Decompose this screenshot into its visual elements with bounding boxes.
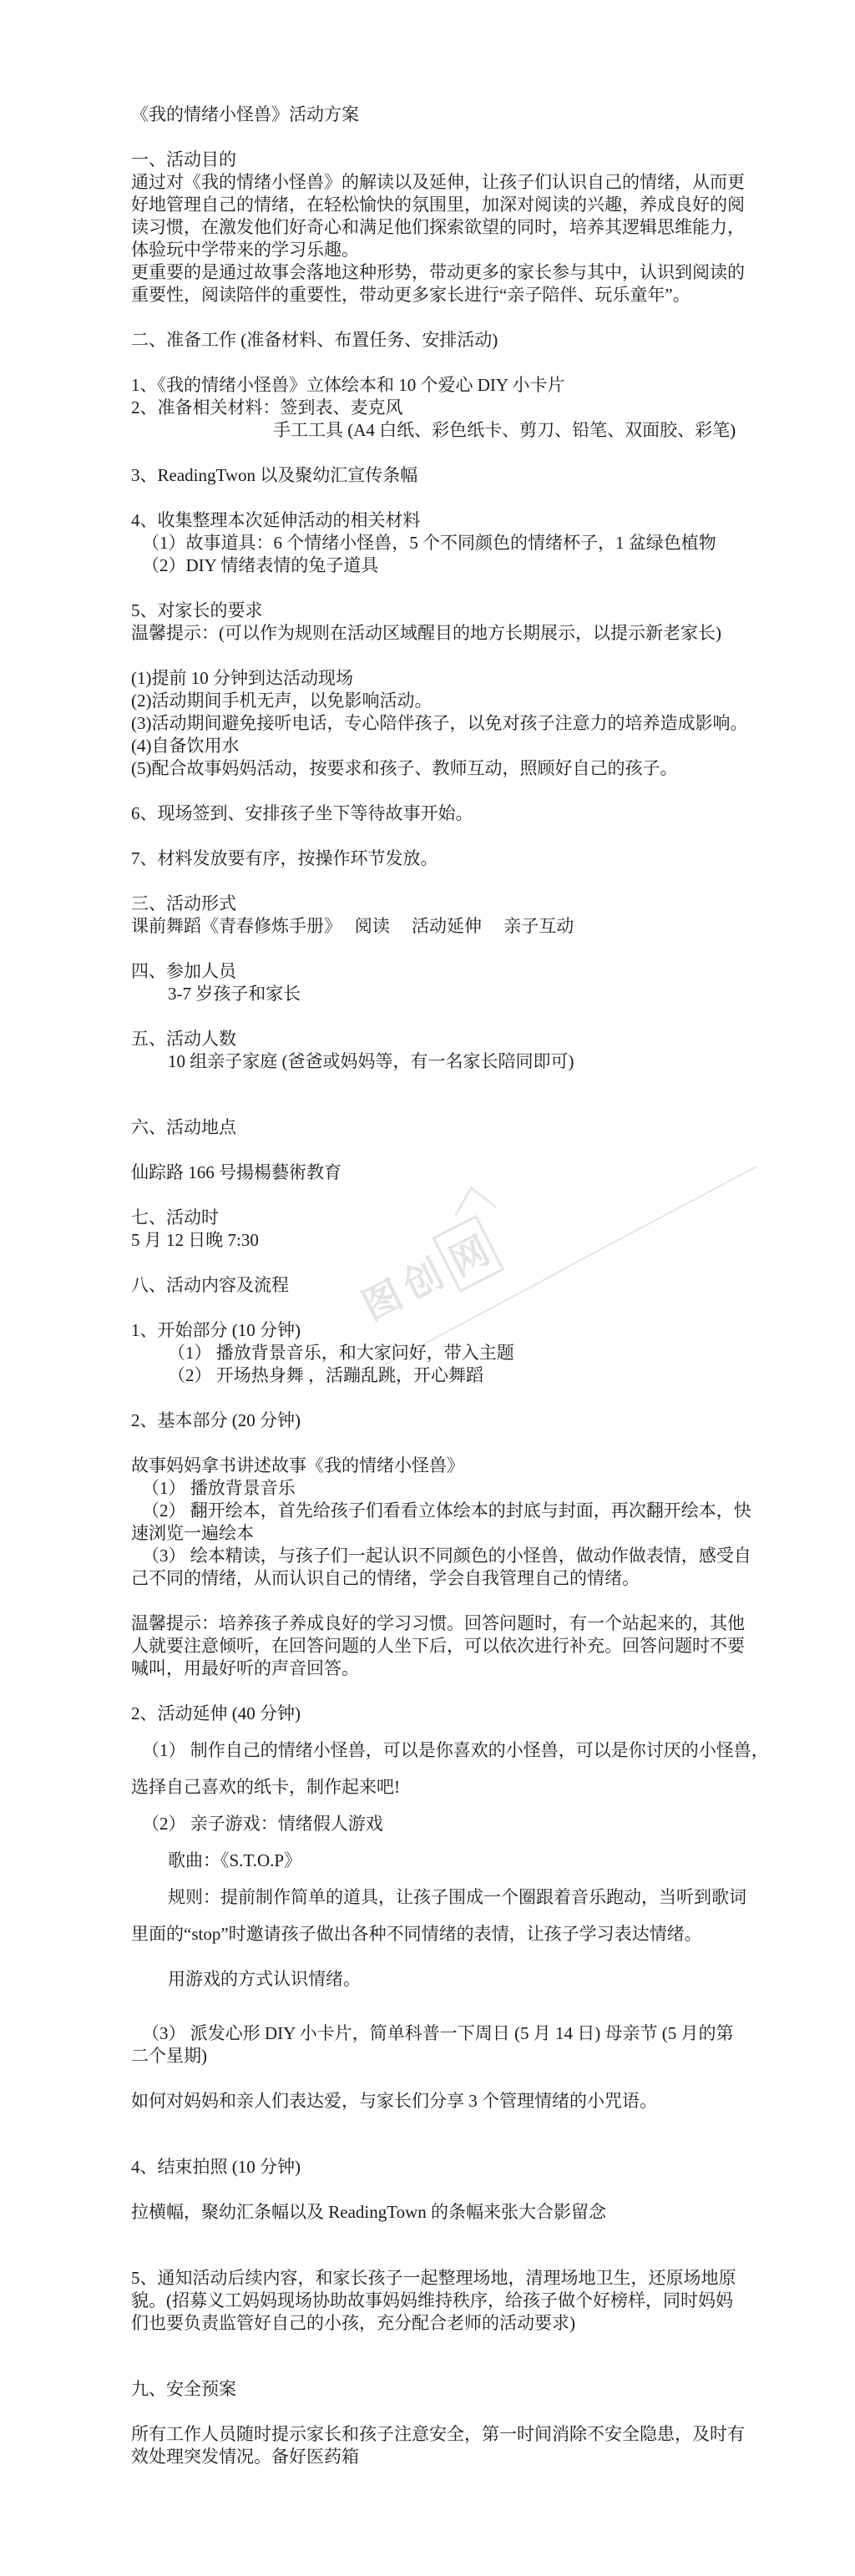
doc-line: 如何对妈妈和亲人们表达爱，与家长们分享 3 个管理情绪的小咒语。 [131,2090,816,2113]
doc-line: 6、现场签到、安排孩子坐下等待故事开始。 [131,802,816,825]
doc-line: (4)自备饮用水 [131,735,816,757]
document-page: 图创网 《我的情绪小怪兽》活动方案一、活动目的通过对《我的情绪小怪兽》的解读以及… [0,0,855,2576]
doc-line: 二个星期) [131,2045,816,2067]
doc-line: 5、对家长的要求 [131,600,816,622]
doc-line: 拉横幅，聚幼汇条幅以及 ReadingTown 的条幅来张大合影留念 [131,2201,816,2224]
doc-line: 手工工具 (A4 白纸、彩色纸卡、剪刀、铅笔、双面胶、彩笔) [131,419,816,442]
doc-line: 更重要的是通过故事会落地这种形势，带动更多的家长参与其中，认识到阅读的 [131,261,816,284]
doc-line: 课前舞蹈《青春修炼手册》 阅读 活动延伸 亲子互动 [131,915,816,938]
doc-line: 二、准备工作 (准备材料、布置任务、安排活动) [131,329,816,352]
doc-line: （2） 翻开绘本，首先给孩子们看看立体绘本的封底与封面，再次翻开绘本，快 [131,1500,816,1522]
doc-line: 3、ReadingTwon 以及聚幼汇宣传条幅 [131,464,816,487]
doc-line: 温馨提示：(可以作为规则在活动区域醒目的地方长期展示，以提示新老家长) [131,622,816,645]
doc-line: 7、材料发放要有序，按操作环节发放。 [131,848,816,870]
doc-line: 四、参加人员 [131,960,816,983]
doc-line: 三、活动形式 [131,893,816,915]
doc-line: 1、开始部分 (10 分钟) [131,1319,816,1342]
doc-line: 选择自己喜欢的纸卡，制作起来吧! [131,1776,816,1799]
doc-line: 5、通知活动后续内容，和家长孩子一起整理场地，清理场地卫生，还原场地原 [131,2267,816,2290]
doc-line: 们也要负责监管好自己的小孩，充分配合老师的活动要求) [131,2312,816,2335]
doc-line: 通过对《我的情绪小怪兽》的解读以及延伸，让孩子们认识自己的情绪，从而更 [131,171,816,194]
doc-line: (1)提前 10 分钟到达活动现场 [131,667,816,690]
doc-line: (2)活动期间手机无声，以免影响活动。 [131,690,816,712]
doc-line: 歌曲：《S.T.O.P》 [131,1850,816,1872]
doc-line: 六、活动地点 [131,1116,816,1139]
doc-line: （1）故事道具：6 个情绪小怪兽，5 个不同颜色的情绪杯子，1 盆绿色植物 [131,532,816,554]
doc-line: 所有工作人员随时提示家长和孩子注意安全，第一时间消除不安全隐患，及时有 [131,2423,816,2446]
doc-line: 速浏览一遍绘本 [131,1522,816,1545]
doc-line: 故事妈妈拿书讲述故事《我的情绪小怪兽》 [131,1455,816,1477]
doc-line: 八、活动内容及流程 [131,1274,816,1297]
doc-line: 七、活动时 [131,1207,816,1229]
doc-line: 规则：提前制作简单的道具，让孩子围成一个圈跟着音乐跑动，当听到歌词 [131,1886,816,1909]
doc-line: 喊叫，用最好听的声音回答。 [131,1657,816,1680]
doc-line: （3） 绘本精读，与孩子们一起认识不同颜色的小怪兽，做动作做表情，感受自 [131,1545,816,1567]
doc-line: （1） 播放背景音乐 [131,1477,816,1500]
doc-line: 貌。(招募义工妈妈现场协助故事妈妈维持秩序，给孩子做个好榜样，同时妈妈 [131,2290,816,2312]
doc-line: (3)活动期间避免接听电话，专心陪伴孩子，以免对孩子注意力的培养造成影响。 [131,712,816,735]
doc-line: （2）DIY 情绪表情的兔子道具 [131,554,816,577]
doc-line: 人就要注意倾听，在回答问题的人坐下后，可以依次进行补充。回答问题时不要 [131,1635,816,1657]
doc-line: 2、基本部分 (20 分钟) [131,1409,816,1432]
doc-line: 重要性，阅读陪伴的重要性，带动更多家长进行“亲子陪伴、玩乐童年”。 [131,284,816,306]
doc-line: 3-7 岁孩子和家长 [131,983,816,1005]
doc-line: 10 组亲子家庭 (爸爸或妈妈等，有一名家长陪同即可) [131,1050,816,1073]
doc-line: 读习惯，在激发他们好奇心和满足他们探索欲望的同时，培养其逻辑思维能力， [131,216,816,239]
document-body: 《我的情绪小怪兽》活动方案一、活动目的通过对《我的情绪小怪兽》的解读以及延伸，让… [0,0,816,2468]
doc-line: 一、活动目的 [131,149,816,171]
doc-line: （2） 亲子游戏：情绪假人游戏 [131,1813,816,1835]
doc-line: 九、安全预案 [131,2378,816,2401]
doc-line: 2、活动延伸 (40 分钟) [131,1703,816,1725]
doc-line: （1） 制作自己的情绪小怪兽，可以是你喜欢的小怪兽，可以是你讨厌的小怪兽， [131,1739,816,1762]
doc-line: （1） 播放背景音乐，和大家问好，带入主题 [131,1342,816,1364]
doc-line: （3） 派发心形 DIY 小卡片，简单科普一下周日 (5 月 14 日) 母亲节… [131,2022,816,2045]
doc-line: 效处理突发情况。备好医药箱 [131,2446,816,2468]
doc-line: 己不同的情绪，从而认识自己的情绪，学会自我管理自己的情绪。 [131,1567,816,1590]
doc-line: 仙踪路 166 号揚楊藝術教育 [131,1161,816,1184]
doc-line: 1、《我的情绪小怪兽》立体绘本和 10 个爱心 DIY 小卡片 [131,374,816,397]
doc-line: (5)配合故事妈妈活动，按要求和孩子、教师互动，照顾好自己的孩子。 [131,757,816,780]
doc-line: 5 月 12 日晚 7:30 [131,1229,816,1252]
doc-line: 4、收集整理本次延伸活动的相关材料 [131,509,816,532]
doc-line: （2） 开场热身舞 ，活蹦乱跳，开心舞蹈 [131,1364,816,1387]
doc-line: 好地管理自己的情绪，在轻松愉快的氛围里，加深对阅读的兴趣，养成良好的阅 [131,194,816,216]
doc-line: 五、活动人数 [131,1028,816,1050]
document-title: 《我的情绪小怪兽》活动方案 [131,104,816,126]
doc-line: 里面的“stop”时邀请孩子做出各种不同情绪的表情，让孩子学习表达情绪。 [131,1923,816,1946]
doc-line: 4、结束拍照 (10 分钟) [131,2156,816,2179]
doc-line: 2、准备相关材料：签到表、麦克风 [131,397,816,419]
doc-line: 体验玩中学带来的学习乐趣。 [131,239,816,261]
doc-line: 用游戏的方式认识情绪。 [131,1968,816,1991]
doc-line: 温馨提示：培养孩子养成良好的学习习惯。回答问题时，有一个站起来的，其他 [131,1612,816,1635]
